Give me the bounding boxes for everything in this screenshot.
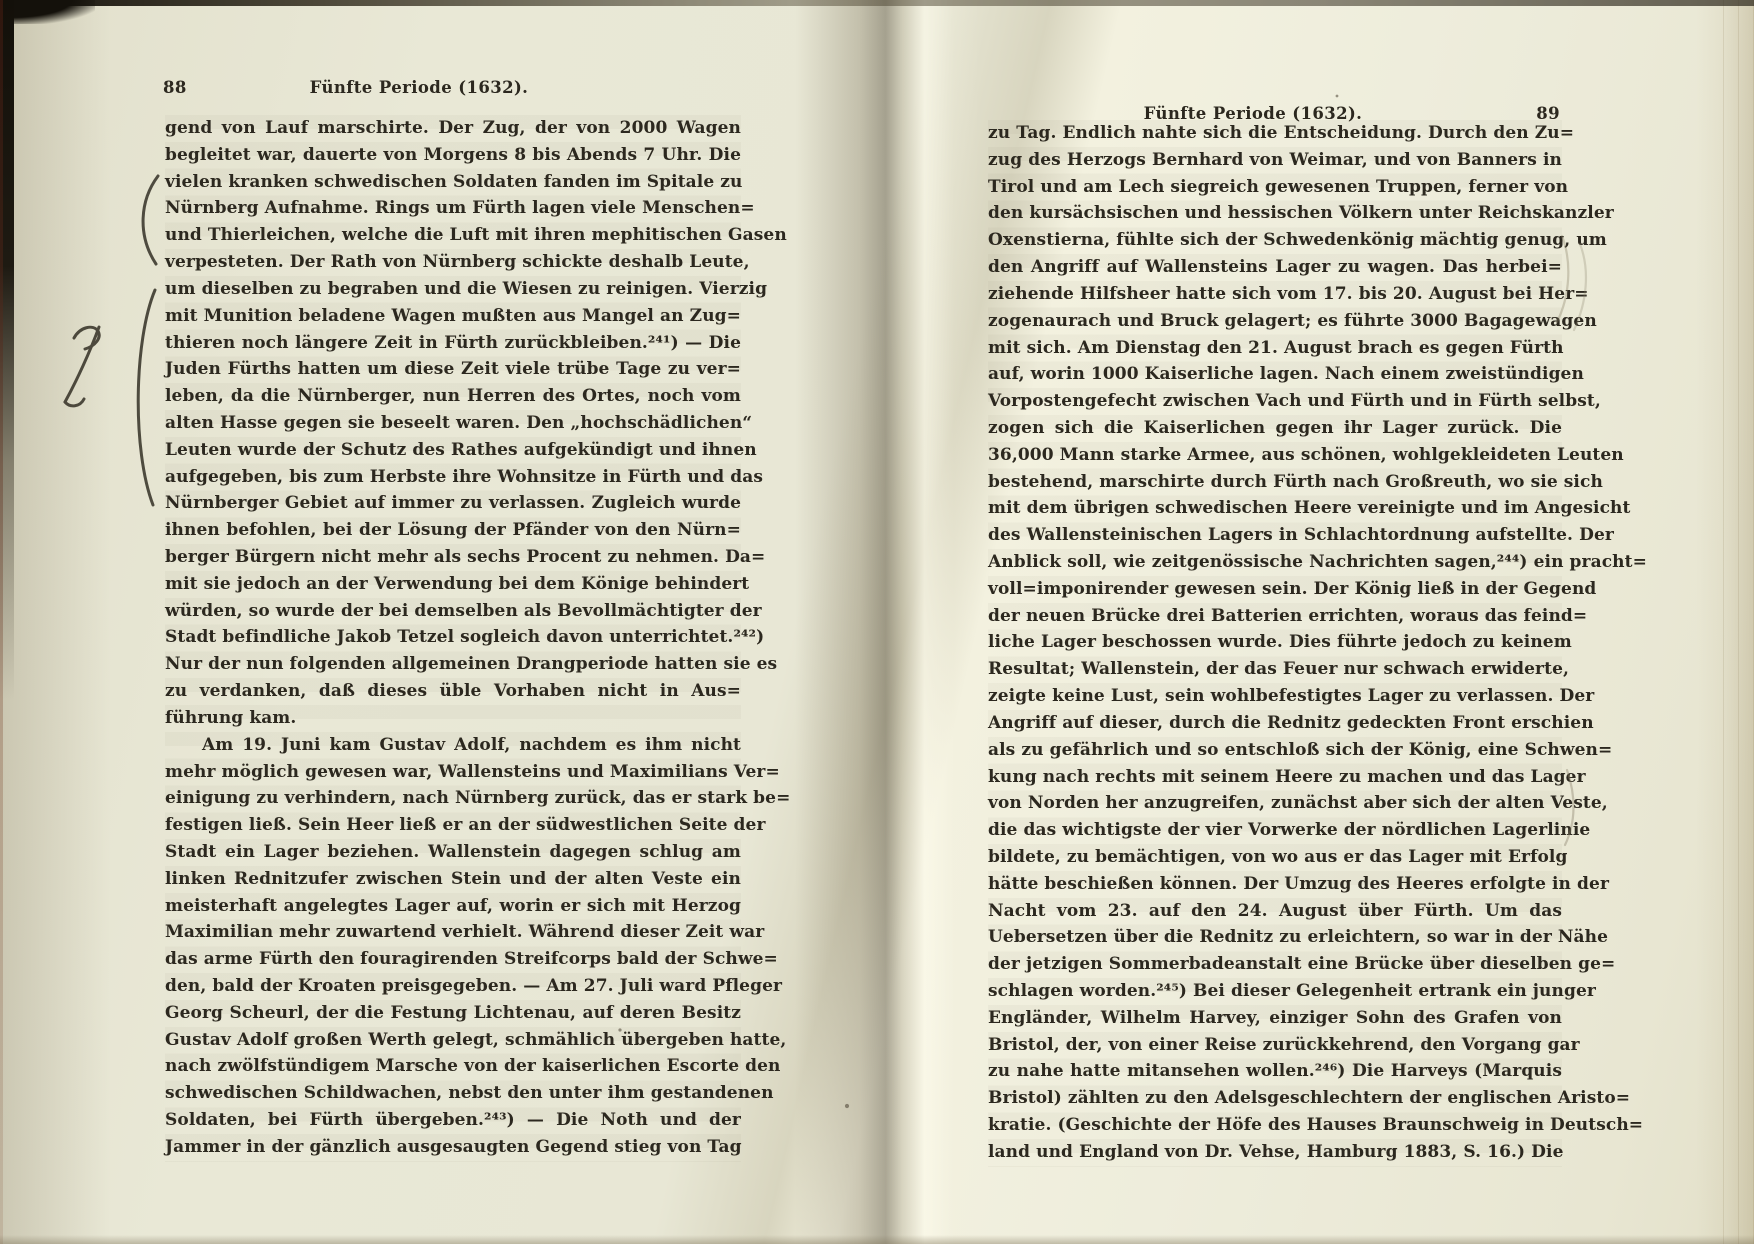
fore-edge-shading xyxy=(1696,0,1754,1244)
text-line: alten Hasse gegen sie beseelt waren. Den… xyxy=(165,410,741,437)
text-line: Soldaten, bei Fürth übergeben.²⁴³) — Die… xyxy=(165,1107,741,1134)
text-line: Stadt ein Lager beziehen. Wallenstein da… xyxy=(165,839,741,866)
text-line: voll=imponirender gewesen sein. Der Köni… xyxy=(988,576,1562,603)
text-line: Am 19. Juni kam Gustav Adolf, nachdem es… xyxy=(165,732,741,759)
text-line: 36,000 Mann starke Armee, aus schönen, w… xyxy=(988,442,1562,469)
text-line: Vorpostengefecht zwischen Vach und Fürth… xyxy=(988,388,1562,415)
text-line: das arme Fürth den fouragirenden Streifc… xyxy=(165,946,741,973)
handwritten-flourish-hook-bottom xyxy=(65,399,84,406)
margin-bracket-lower-mark xyxy=(138,290,155,505)
text-line: Gustav Adolf großen Werth gelegt, schmäh… xyxy=(165,1027,741,1054)
text-line: begleitet war, dauerte von Morgens 8 bis… xyxy=(165,142,741,169)
text-line: auf, worin 1000 Kaiserliche lagen. Nach … xyxy=(988,361,1562,388)
text-line: linken Rednitzufer zwischen Stein und de… xyxy=(165,866,741,893)
text-line: des Wallensteinischen Lagers in Schlacht… xyxy=(988,522,1562,549)
handwritten-flourish-mark xyxy=(65,327,99,402)
page-stack-lines xyxy=(1710,0,1754,1244)
text-block-right: zu Tag. Endlich nahte sich die Entscheid… xyxy=(988,120,1562,1167)
text-line: mit sie jedoch an der Verwendung bei dem… xyxy=(165,571,741,598)
text-line: Juden Fürths hatten um diese Zeit viele … xyxy=(165,356,741,383)
margin-bracket-upper-mark xyxy=(143,176,158,264)
page-header-left: 88 Fünfte Periode (1632). xyxy=(165,78,741,104)
text-line: vielen kranken schwedischen Soldaten fan… xyxy=(165,169,741,196)
text-line: der jetzigen Sommerbadeanstalt eine Brüc… xyxy=(988,951,1562,978)
text-line: den, bald der Kroaten preisgegeben. — Am… xyxy=(165,973,741,1000)
text-line: führung kam. xyxy=(165,705,741,732)
text-line: zu Tag. Endlich nahte sich die Entscheid… xyxy=(988,120,1562,147)
text-line: leben, da die Nürnberger, nun Herren des… xyxy=(165,383,741,410)
text-line: festigen ließ. Sein Heer ließ er an der … xyxy=(165,812,741,839)
text-line: Leuten wurde der Schutz des Rathes aufge… xyxy=(165,437,741,464)
text-line: zeigte keine Lust, sein wohlbefestigtes … xyxy=(988,683,1562,710)
text-line: würden, so wurde der bei demselben als B… xyxy=(165,598,741,625)
text-line: zogen sich die Kaiserlichen gegen ihr La… xyxy=(988,415,1562,442)
text-line: Angriff auf dieser, durch die Rednitz ge… xyxy=(988,710,1562,737)
text-line: mit Munition beladene Wagen mußten aus M… xyxy=(165,303,741,330)
text-line: mehr möglich gewesen war, Wallensteins u… xyxy=(165,759,741,786)
text-line: thieren noch längere Zeit in Fürth zurüc… xyxy=(165,330,741,357)
text-line: als zu gefährlich und so entschloß sich … xyxy=(988,737,1562,764)
text-line: aufgegeben, bis zum Herbste ihre Wohnsit… xyxy=(165,464,741,491)
text-line: ihnen befohlen, bei der Lösung der Pfänd… xyxy=(165,517,741,544)
text-line: Bristol, der, von einer Reise zurückkehr… xyxy=(988,1032,1562,1059)
text-line: und Thierleichen, welche die Luft mit ih… xyxy=(165,222,741,249)
text-line: einigung zu verhindern, nach Nürnberg zu… xyxy=(165,785,741,812)
text-line: Resultat; Wallenstein, der das Feuer nur… xyxy=(988,656,1562,683)
running-header-left: Fünfte Periode (1632). xyxy=(131,78,707,97)
text-line: die das wichtigste der vier Vorwerke der… xyxy=(988,817,1562,844)
text-line: bildete, zu bemächtigen, von wo aus er d… xyxy=(988,844,1562,871)
text-line: von Norden her anzugreifen, zunächst abe… xyxy=(988,790,1562,817)
text-line: Jammer in der gänzlich ausgesaugten Gege… xyxy=(165,1134,741,1161)
scan-edge-bottom xyxy=(0,1235,1754,1244)
text-line: Bristol) zählten zu den Adelsgeschlechte… xyxy=(988,1085,1562,1112)
text-line: Engländer, Wilhelm Harvey, einziger Sohn… xyxy=(988,1005,1562,1032)
text-line: mit dem übrigen schwedischen Heere verei… xyxy=(988,495,1562,522)
text-line: Oxenstierna, fühlte sich der Schwedenkön… xyxy=(988,227,1562,254)
text-line: den Angriff auf Wallensteins Lager zu wa… xyxy=(988,254,1562,281)
text-line: zogenaurach und Bruck gelagert; es führt… xyxy=(988,308,1562,335)
text-line: Stadt befindliche Jakob Tetzel sogleich … xyxy=(165,624,741,651)
text-line: um dieselben zu begraben und die Wiesen … xyxy=(165,276,741,303)
text-line: Nürnberger Gebiet auf immer zu verlassen… xyxy=(165,490,741,517)
scan-edge-top xyxy=(0,0,1754,6)
paper-speck xyxy=(1336,95,1339,98)
scan-edge-hairline xyxy=(0,0,3,1244)
handwritten-flourish-hook-top xyxy=(74,327,99,349)
text-line: bestehend, marschirte durch Fürth nach G… xyxy=(988,469,1562,496)
scan-edge-left xyxy=(0,0,14,700)
text-line: mit sich. Am Dienstag den 21. August bra… xyxy=(988,335,1562,362)
text-line: gend von Lauf marschirte. Der Zug, der v… xyxy=(165,115,741,142)
scan-corner-dark xyxy=(0,0,95,24)
text-line: ziehende Hilfsheer hatte sich vom 17. bi… xyxy=(988,281,1562,308)
text-line: schwedischen Schildwachen, nebst den unt… xyxy=(165,1080,741,1107)
text-line: Uebersetzen über die Rednitz zu erleicht… xyxy=(988,924,1562,951)
text-line: Nürnberg Aufnahme. Rings um Fürth lagen … xyxy=(165,195,741,222)
left-page-shading xyxy=(0,0,130,1244)
text-line: zu verdanken, daß dieses üble Vorhaben n… xyxy=(165,678,741,705)
text-line: Tirol und am Lech siegreich gewesenen Tr… xyxy=(988,174,1562,201)
book-scan: 88 Fünfte Periode (1632). gend von Lauf … xyxy=(0,0,1754,1244)
text-line: Nacht vom 23. auf den 24. August über Fü… xyxy=(988,898,1562,925)
text-line: Maximilian mehr zuwartend verhielt. Währ… xyxy=(165,919,741,946)
text-line: zug des Herzogs Bernhard von Weimar, und… xyxy=(988,147,1562,174)
text-block-left: gend von Lauf marschirte. Der Zug, der v… xyxy=(165,115,741,1162)
text-line: land und England von Dr. Vehse, Hamburg … xyxy=(988,1139,1562,1166)
text-line: kung nach rechts mit seinem Heere zu mac… xyxy=(988,764,1562,791)
text-line: meisterhaft angelegtes Lager auf, worin … xyxy=(165,893,741,920)
text-line: schlagen worden.²⁴⁵) Bei dieser Gelegenh… xyxy=(988,978,1562,1005)
text-line: kratie. (Geschichte der Höfe des Hauses … xyxy=(988,1112,1562,1139)
text-line: liche Lager beschossen wurde. Dies führt… xyxy=(988,629,1562,656)
text-line: hätte beschießen können. Der Umzug des H… xyxy=(988,871,1562,898)
paper-speck xyxy=(845,1104,849,1108)
text-line: den kursächsischen und hessischen Völker… xyxy=(988,200,1562,227)
book-gutter-shadow xyxy=(795,0,980,1244)
text-line: nach zwölfstündigem Marsche von der kais… xyxy=(165,1053,741,1080)
text-line: der neuen Brücke drei Batterien errichte… xyxy=(988,603,1562,630)
text-line: Georg Scheurl, der die Festung Lichtenau… xyxy=(165,1000,741,1027)
text-line: berger Bürgern nicht mehr als sechs Proc… xyxy=(165,544,741,571)
text-line: Nur der nun folgenden allgemeinen Drangp… xyxy=(165,651,741,678)
text-line: zu nahe hatte mitansehen wollen.²⁴⁶) Die… xyxy=(988,1058,1562,1085)
text-line: Anblick soll, wie zeitgenössische Nachri… xyxy=(988,549,1562,576)
text-line: verpesteten. Der Rath von Nürnberg schic… xyxy=(165,249,741,276)
